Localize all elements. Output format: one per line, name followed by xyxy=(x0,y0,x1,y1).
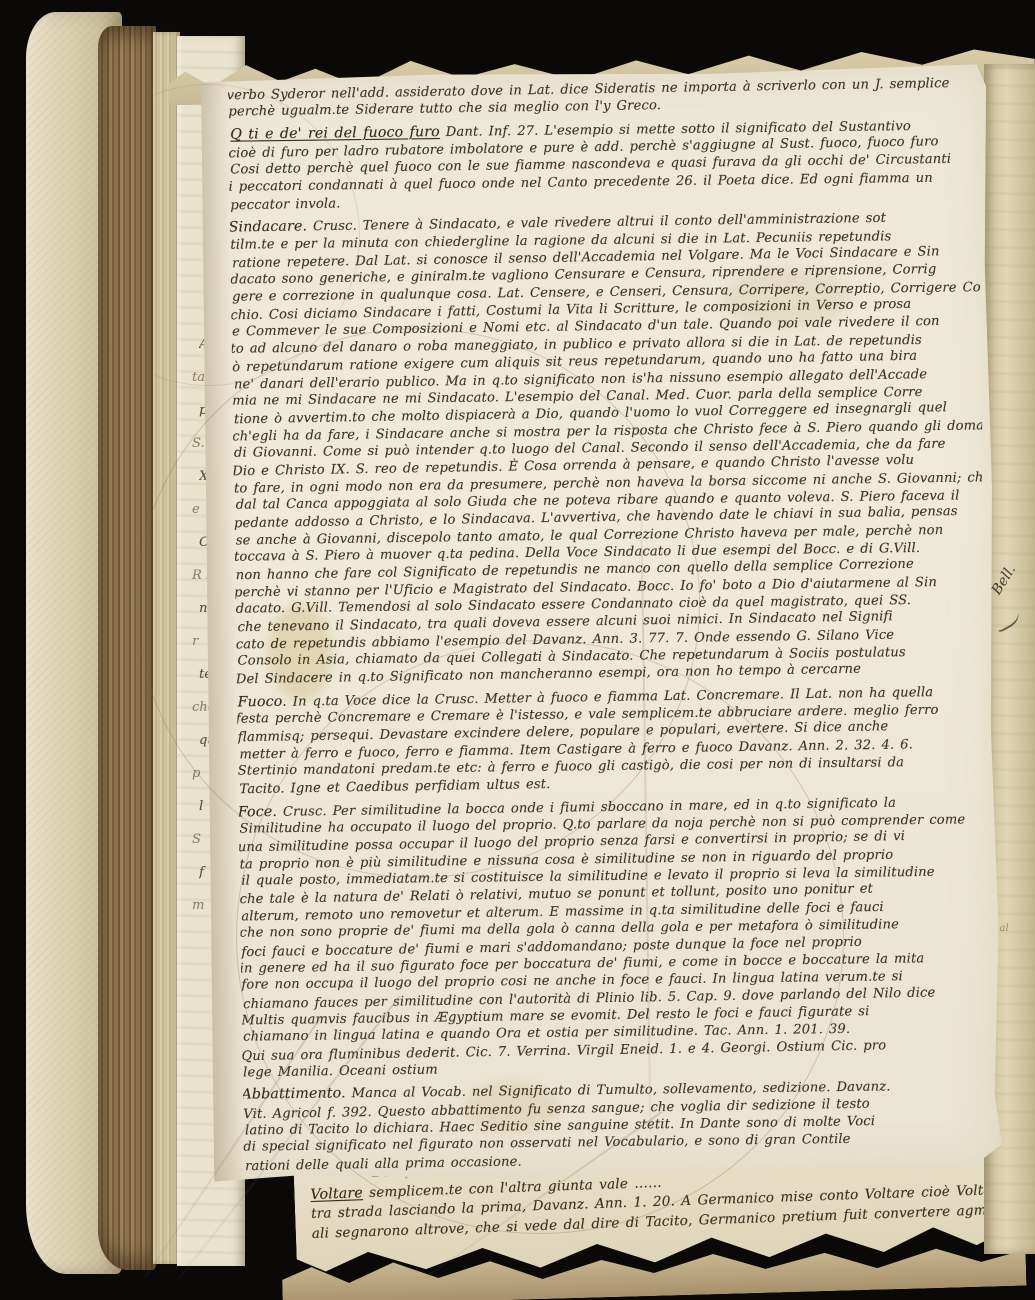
manuscript-page: verbo Syderor nell'add. assiderato dove … xyxy=(198,64,1002,1184)
entry-heading: Sindacare. xyxy=(228,219,307,236)
entry-heading: Foce. xyxy=(238,804,277,821)
pen-flourish xyxy=(992,607,1022,633)
marginal-note: Bell. xyxy=(989,562,1020,598)
entry-heading: Fuoco. xyxy=(237,693,286,710)
page-edges-dark xyxy=(98,26,156,1270)
entry-heading: Abbattimento. xyxy=(241,1086,345,1103)
manuscript-photo: AtapeS.XeCR honrtechequplSfm Bell. mal L… xyxy=(0,0,1035,1300)
entry-heading: Q ti e de' rei del fuoco furo xyxy=(230,124,440,143)
page-edges-light xyxy=(153,32,180,1264)
entry-heading: Voltare xyxy=(310,1185,363,1203)
manuscript-text-block: verbo Syderor nell'add. assiderato dove … xyxy=(228,75,994,1177)
